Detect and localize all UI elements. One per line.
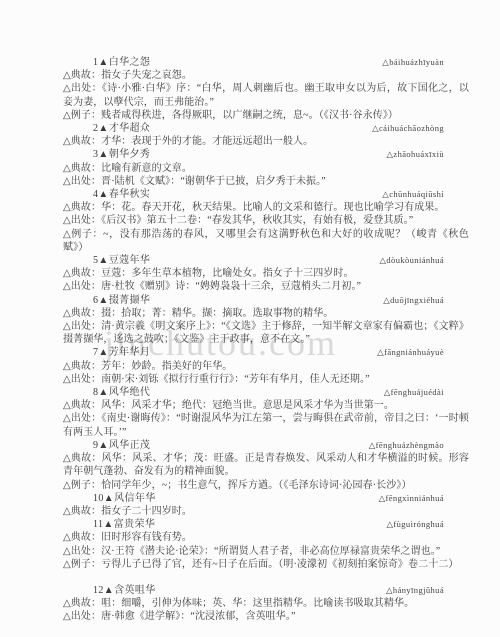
idiom-pinyin: △zhāohuáxīxiù [386, 148, 444, 161]
idiom-title: 8▲风华绝代 [63, 386, 150, 399]
document-page: jinchutou.com 1▲白华之怨△báihuázhīyuàn△典故：指女… [0, 0, 500, 637]
idiom-title: 4▲春华秋实 [63, 188, 150, 201]
idiom-pinyin: △fāngniánhuáyuè [377, 346, 444, 359]
idiom-detail-line: △出处：《南史·谢晦传》：“时谢混风华为江左第一，尝与晦俱在武帝前，帝目之曰：‘… [63, 412, 469, 438]
idiom-entry-header: 11▲富贵荣华△fùguìrónghuá [63, 518, 469, 531]
idiom-pinyin: △fēngxìnniánhuá [379, 492, 444, 505]
idiom-pinyin: △duōjīngxiéhuá [383, 294, 444, 307]
idiom-entry-header: 12▲含英咀华△hányīngjǔhuá [63, 584, 469, 597]
idiom-detail-line: △典故：风华：风采、才华；茂：旺盛。正是青春焕发、风采动人和才华横溢的时候。形容… [63, 452, 469, 478]
idiom-entry: 6▲掇菁撷华△duōjīngxiéhuá△典故：掇：拾取；菁：精华。撷：摘取。选… [63, 294, 469, 347]
idiom-entry-header: 9▲风华正茂△fēnghuázhèngmào [63, 439, 469, 452]
idiom-entry-header: 2▲才华超众△cáihuáchāozhòng [63, 122, 469, 135]
idiom-entry: 10▲风信年华△fēngxìnniánhuá△典故：指女子二十四岁时。 [63, 492, 469, 518]
idiom-pinyin: △báihuázhīyuàn [382, 56, 444, 69]
idiom-entry: 11▲富贵荣华△fùguìrónghuá△典故：旧时形容有钱有势。△出处：汉·王… [63, 518, 469, 571]
idiom-detail-line: △典故：咀：细嚼，引伸为体味；英、华：这里指精华。比喻读书吸取其精华。 [63, 597, 469, 610]
idiom-detail-line: △典故：才华：表现于外的才能。才能远远超出一般人。 [63, 135, 469, 148]
idiom-pinyin: △fēnghuájuédài [384, 386, 444, 399]
idiom-detail-line: △出处：南朝·宋·刘铄《拟行行重行行》：“芳年有华月，佳人无还期。” [63, 373, 469, 386]
idiom-entry-header: 4▲春华秋实△chūnhuáqiūshí [63, 188, 469, 201]
idiom-detail-line: △例子：恰同学年少，~；书生意气，挥斥方遒。（《毛泽东诗词·沁园春·长沙》） [63, 479, 469, 492]
idiom-detail-line: △典故：指女子二十四岁时。 [63, 505, 469, 518]
idiom-pinyin: △fùguìrónghuá [386, 518, 444, 531]
idiom-detail-line: △典故：华：花。春天开花，秋天结果。比喻人的文采和德行。现也比喻学习有成果。 [63, 201, 469, 214]
idiom-pinyin: △hányīngjǔhuá [386, 584, 444, 597]
idiom-entry-header: 7▲芳年华月△fāngniánhuáyuè [63, 346, 469, 359]
idiom-entry: 1▲白华之怨△báihuázhīyuàn△典故：指女子失宠之哀怨。△出处：《诗·… [63, 56, 469, 122]
idiom-detail-line: △出处：唐·韩愈《进学解》：“沈浸浓郁，含英咀华。” [63, 610, 469, 623]
idiom-title: 5▲豆蔻年华 [63, 254, 150, 267]
idiom-entry-header: 6▲掇菁撷华△duōjīngxiéhuá [63, 294, 469, 307]
idiom-pinyin: △cáihuáchāozhòng [372, 122, 444, 135]
idiom-detail-line: △出处：《后汉书》第五十二卷：“春发其华，秋收其实，有始有极，爱登其质。” [63, 214, 469, 227]
idiom-entry-header: 1▲白华之怨△báihuázhīyuàn [63, 56, 469, 69]
idiom-title: 2▲才华超众 [63, 122, 150, 135]
idiom-detail-line: △出处：《诗·小雅·白华》序：“白华，周人刺幽后也。幽王取申女以为后，故下国化之… [63, 82, 469, 108]
idiom-pinyin: △fēnghuázhèngmào [369, 439, 444, 452]
idiom-detail-line: △典故：风华：风采才华；绝代：冠绝当世。意思是风采才华为当世第一。 [63, 399, 469, 412]
idiom-detail-line: △出处：清·黄宗羲《明文案序上》：“《文选》主于修辞，一知半解文章家有偏霸也；《… [63, 320, 469, 346]
idiom-entry-header: 3▲朝华夕秀△zhāohuáxīxiù [63, 148, 469, 161]
idiom-title: 12▲含英咀华 [63, 584, 156, 597]
idiom-pinyin: △dòukòuniánhuá [379, 254, 444, 267]
idiom-detail-line: △出处：晋·陆机《文赋》：“谢朝华于已披，启夕秀于未振。” [63, 175, 469, 188]
idiom-detail-line: △例子：亏得儿子已得了官，还有~日子在后面。（明·凌濛初《初刻拍案惊奇》卷二十二… [63, 558, 469, 571]
idiom-pinyin: △chūnhuáqiūshí [382, 188, 444, 201]
idiom-title: 11▲富贵荣华 [63, 518, 155, 531]
idiom-entry: 2▲才华超众△cáihuáchāozhòng△典故：才华：表现于外的才能。才能远… [63, 122, 469, 148]
idiom-detail-line: △典故：比喻有新意的文章。 [63, 162, 469, 175]
idiom-entry: 12▲含英咀华△hányīngjǔhuá△典故：咀：细嚼，引伸为体味；英、华：这… [63, 584, 469, 624]
idiom-detail-line: △典故：豆蔻：多年生草本植物，比喻处女。指女子十三四岁时。 [63, 267, 469, 280]
idiom-detail-line: △出处：唐·杜牧《赠别》诗：“娉娉袅袅十三余，豆蔻梢头二月初。” [63, 280, 469, 293]
idiom-entry: 4▲春华秋实△chūnhuáqiūshí△典故：华：花。春天开花，秋天结果。比喻… [63, 188, 469, 254]
idiom-list: 1▲白华之怨△báihuázhīyuàn△典故：指女子失宠之哀怨。△出处：《诗·… [63, 56, 469, 624]
idiom-title: 3▲朝华夕秀 [63, 148, 150, 161]
idiom-title: 7▲芳年华月 [63, 346, 150, 359]
idiom-detail-line: △典故：指女子失宠之哀怨。 [63, 69, 469, 82]
idiom-detail-line: △典故：芳年：妙龄。指美好的年华。 [63, 360, 469, 373]
idiom-entry: 7▲芳年华月△fāngniánhuáyuè△典故：芳年：妙龄。指美好的年华。△出… [63, 346, 469, 386]
idiom-title: 1▲白华之怨 [63, 56, 150, 69]
idiom-title: 10▲风信年华 [63, 492, 156, 505]
idiom-detail-line: △例子：贱者咸得秩进，各得厥职，以广继嗣之统，息~。（《汉书·谷永传》） [63, 109, 469, 122]
idiom-detail-line: △典故：旧时形容有钱有势。 [63, 531, 469, 544]
idiom-entry-header: 8▲风华绝代△fēnghuájuédài [63, 386, 469, 399]
idiom-entry-header: 5▲豆蔻年华△dòukòuniánhuá [63, 254, 469, 267]
idiom-detail-line: △例子：~，没有那浩荡的春风，又哪里会有这满野秋色和大好的收成呢？（峻青《秋色赋… [63, 228, 469, 254]
idiom-detail-line: △典故：掇：拾取；菁：精华。撷：摘取。选取事物的精华。 [63, 307, 469, 320]
idiom-entry: 9▲风华正茂△fēnghuázhèngmào△典故：风华：风采、才华；茂：旺盛。… [63, 439, 469, 492]
idiom-entry: 3▲朝华夕秀△zhāohuáxīxiù△典故：比喻有新意的文章。△出处：晋·陆机… [63, 148, 469, 188]
idiom-entry: 5▲豆蔻年华△dòukòuniánhuá△典故：豆蔻：多年生草本植物，比喻处女。… [63, 254, 469, 294]
idiom-entry-header: 10▲风信年华△fēngxìnniánhuá [63, 492, 469, 505]
idiom-detail-line: △出处：汉·王符《潜夫论·论荣》：“所谓贤人君子者，非必高位厚禄富贵荣华之谓也。… [63, 545, 469, 558]
idiom-entry: 8▲风华绝代△fēnghuájuédài△典故：风华：风采才华；绝代：冠绝当世。… [63, 386, 469, 439]
idiom-title: 6▲掇菁撷华 [63, 294, 150, 307]
idiom-title: 9▲风华正茂 [63, 439, 150, 452]
